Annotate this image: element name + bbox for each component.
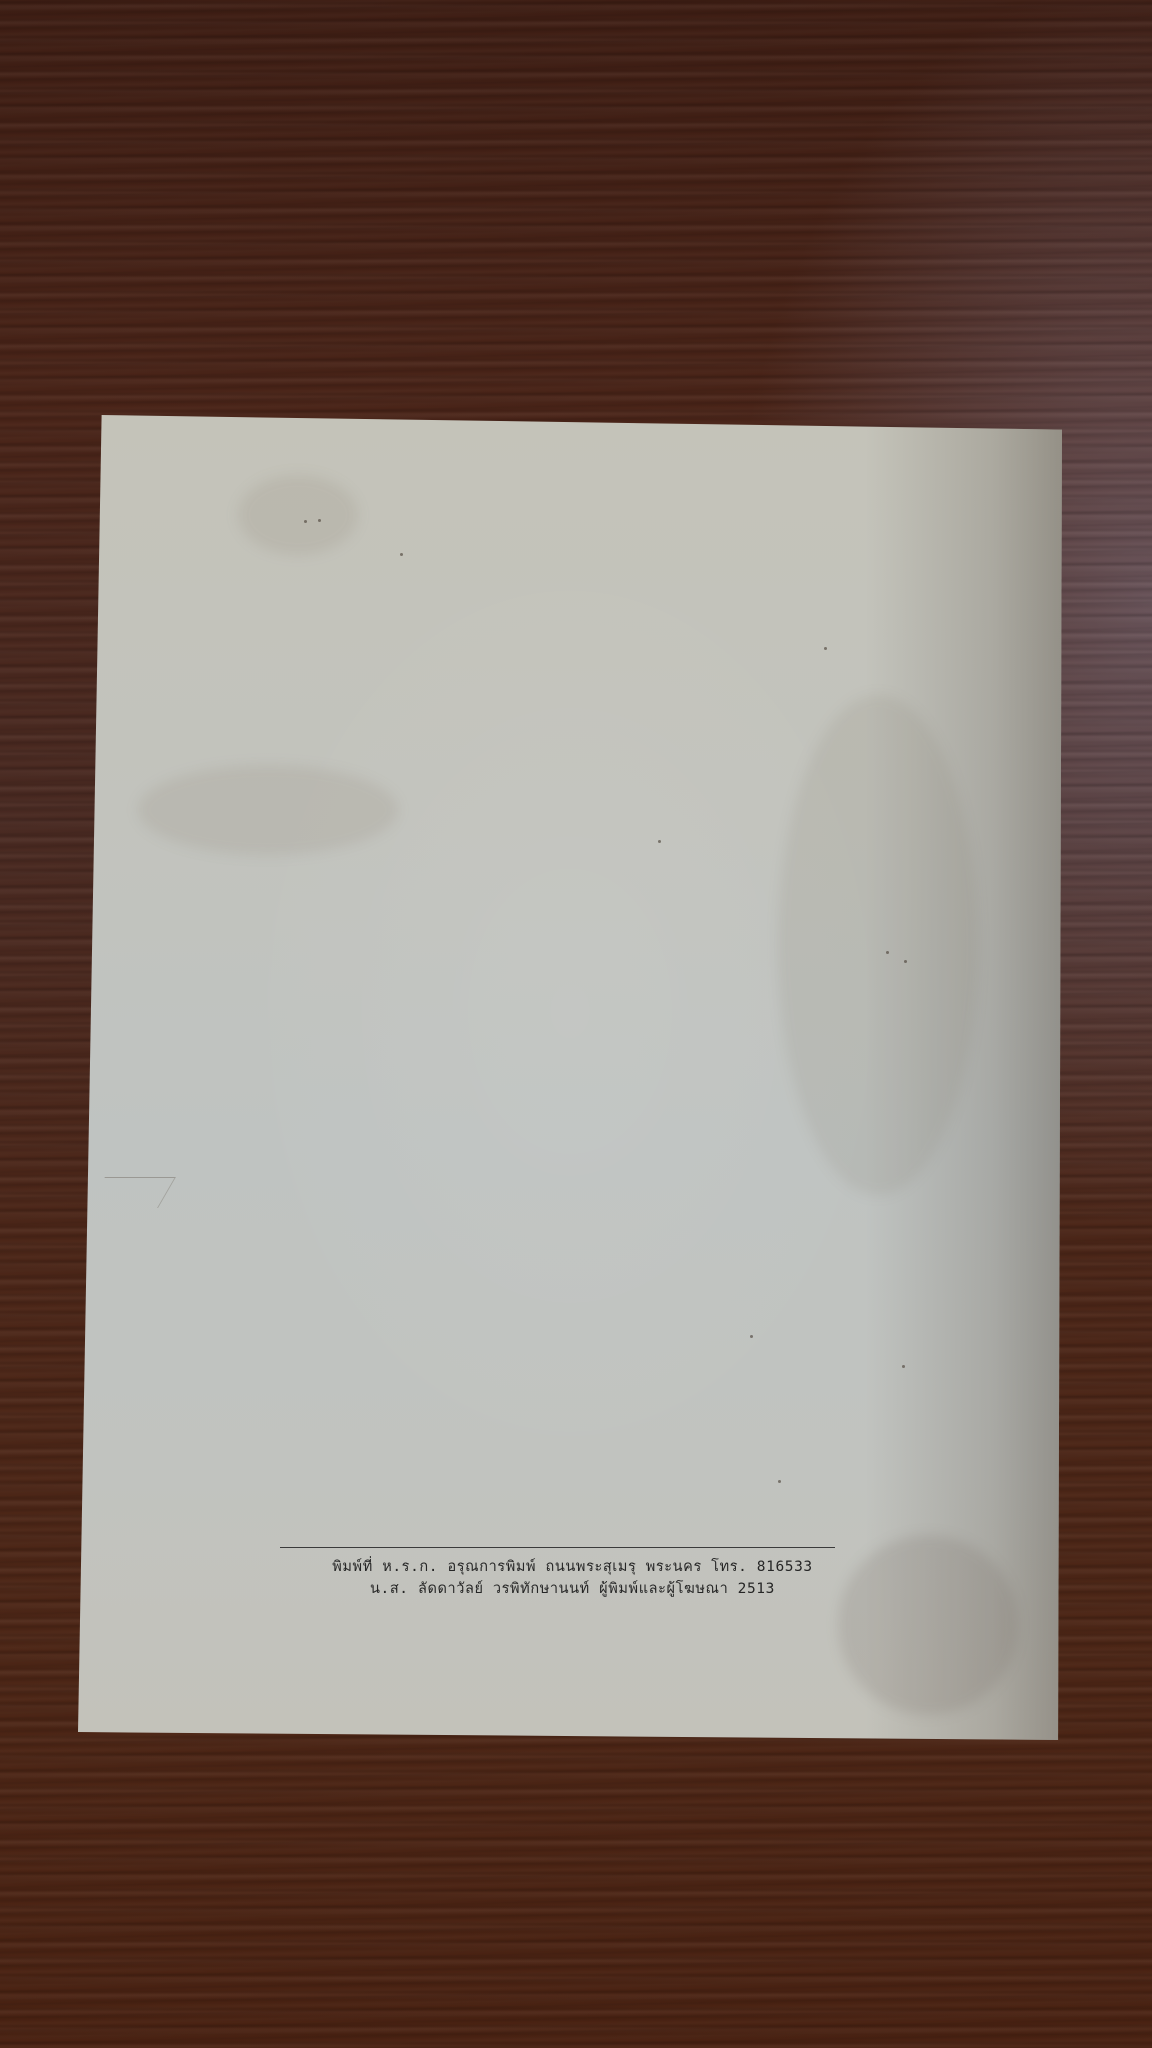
book: พิมพ์ที่ ห.ร.ก. อรุณการพิมพ์ ถนนพระสุเมร…	[78, 415, 1062, 1740]
speck	[778, 1480, 781, 1483]
age-stain	[138, 765, 398, 855]
speck	[824, 647, 827, 650]
speck	[658, 840, 661, 843]
colophon-publisher-line: น.ส. ลัดดาวัลย์ วรพิทักษานนท์ ผู้พิมพ์แล…	[280, 1578, 835, 1600]
speck	[904, 960, 907, 963]
colophon-printer-line: พิมพ์ที่ ห.ร.ก. อรุณการพิมพ์ ถนนพระสุเมร…	[280, 1556, 835, 1578]
colophon-rule	[280, 1547, 835, 1548]
speck	[318, 519, 321, 522]
age-stain	[838, 1535, 1018, 1715]
speck	[750, 1335, 753, 1338]
age-stain	[778, 695, 978, 1195]
speck	[400, 553, 403, 556]
torn-edge	[87, 1177, 176, 1208]
speck	[886, 951, 889, 954]
printer-colophon: พิมพ์ที่ ห.ร.ก. อรุณการพิมพ์ ถนนพระสุเมร…	[280, 1547, 835, 1600]
age-stain	[238, 475, 358, 555]
speck	[902, 1365, 905, 1368]
speck	[304, 520, 307, 523]
back-cover: พิมพ์ที่ ห.ร.ก. อรุณการพิมพ์ ถนนพระสุเมร…	[78, 415, 1062, 1740]
